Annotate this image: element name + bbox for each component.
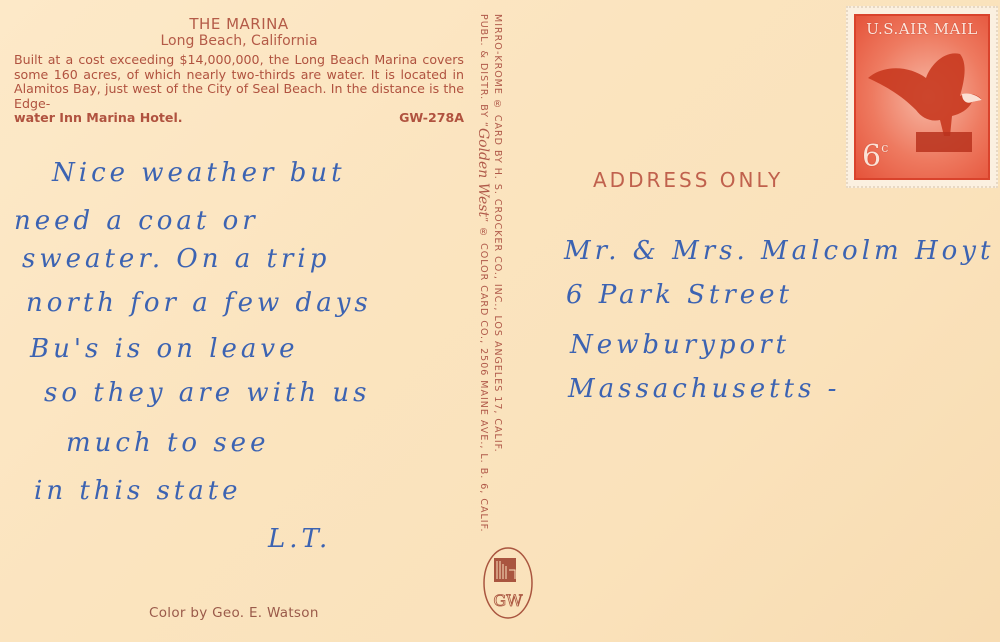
imprint-line-1: MIRRO-KROME ® CARD BY H. S. CROCKER CO.,… <box>490 14 504 533</box>
caption-description: Built at a cost exceeding $14,000,000, t… <box>14 53 464 111</box>
caption-title: THE MARINA <box>14 16 464 33</box>
card-code: GW-278A <box>399 111 464 126</box>
address-line: Mr. & Mrs. Malcolm Hoyt <box>564 236 994 266</box>
message-line: north for a few days <box>26 288 372 318</box>
stamp-face: U.S.AIR MAIL 6c <box>854 14 990 180</box>
imprint-suffix: ” ® COLOR CARD CO., 2506 MAINE AVE., L. … <box>478 217 489 532</box>
publisher-imprint: MIRRO-KROME ® CARD BY H. S. CROCKER CO.,… <box>476 14 504 533</box>
postcard-back: THE MARINA Long Beach, California Built … <box>0 0 1000 642</box>
message-line: Bu's is on leave <box>30 334 298 364</box>
caption-description-end: water Inn Marina Hotel. GW-278A <box>14 111 464 126</box>
stamp-unit: c <box>881 141 888 156</box>
stamp-label: U.S.AIR MAIL <box>856 20 988 38</box>
imprint-brand: Golden West <box>475 128 491 217</box>
svg-text:GW: GW <box>493 591 523 610</box>
color-credit: Color by Geo. E. Watson <box>149 605 319 621</box>
caption-description-last: water Inn Marina Hotel. <box>14 111 183 126</box>
message-line: in this state <box>34 476 242 506</box>
postage-stamp: U.S.AIR MAIL 6c <box>846 6 998 188</box>
eagle-icon <box>864 44 986 154</box>
message-line: so they are with us <box>44 378 371 408</box>
address-line: Newburyport <box>570 330 790 360</box>
address-line: 6 Park Street <box>566 280 793 310</box>
address-line: Massachusetts - <box>568 374 840 404</box>
address-only-label: ADDRESS ONLY <box>593 168 783 192</box>
stamp-denomination: 6c <box>862 139 888 174</box>
message-signature: L.T. <box>268 524 331 554</box>
imprint-prefix: PUBL. & DISTR. BY “ <box>478 14 489 128</box>
caption-subtitle: Long Beach, California <box>14 33 464 50</box>
stamp-value: 6 <box>862 139 881 174</box>
caption-block: THE MARINA Long Beach, California Built … <box>14 16 464 126</box>
golden-west-logo-icon: GW <box>482 546 534 620</box>
message-line: sweater. On a trip <box>22 244 330 274</box>
message-line: need a coat or <box>14 206 259 236</box>
message-line: much to see <box>66 428 269 458</box>
imprint-line-2: PUBL. & DISTR. BY “Golden West” ® COLOR … <box>476 14 490 533</box>
message-line: Nice weather but <box>52 158 346 188</box>
